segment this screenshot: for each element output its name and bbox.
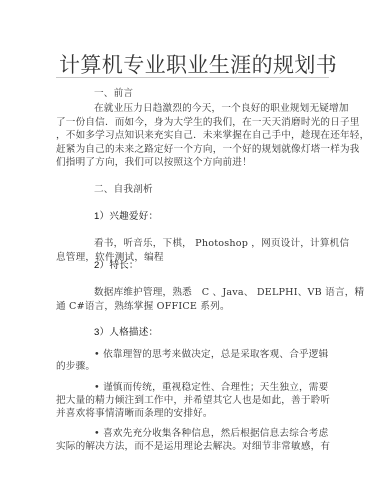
preface-line-3: ，不如多学习点知识来充实自己．未来掌握在自己手中，趁现在还年轻， bbox=[56, 129, 369, 142]
document-title: 计算机专业职业生涯的规划书 bbox=[59, 52, 337, 78]
preface-line-1: 在就业压力日趋激烈的今天，一个良好的职业规划无疑增加 bbox=[94, 102, 349, 115]
preface-line-4: 赶紧为自己的未来之路定好一个方向，一个好的规划就像灯塔一样为我 bbox=[56, 143, 360, 156]
section-heading-self-analysis: 二、自我剖析 bbox=[94, 183, 153, 196]
title-divider bbox=[56, 77, 329, 78]
preface-line-2: 了一份自信．而如今，身为大学生的我们，在一天天消磨时光的日子里 bbox=[56, 116, 360, 129]
personality-bullet-2-line-2: 把大量的精力倾注到工作中，并希望其它人也是如此，善于聆听 bbox=[56, 394, 330, 407]
subsection-heading-interests: 1）兴趣爱好： bbox=[94, 210, 158, 223]
subsection-heading-personality: 3）人格描述： bbox=[94, 326, 158, 339]
section-heading-preface: 一、前言 bbox=[94, 87, 133, 100]
personality-bullet-3-line-2: 实际的解决方法，而不是运用理论去解决。对细节非常敏感，有 bbox=[56, 440, 330, 453]
subsection-heading-strengths: 2）特长： bbox=[94, 259, 139, 272]
strengths-line-1: 数据库维护管理，熟悉 C 、Java、 DELPHI、VB 语言，精 bbox=[94, 286, 364, 299]
personality-bullet-1-line-1: • 依靠理智的思考来做决定，总是采取客观、合乎逻辑 bbox=[94, 348, 328, 361]
preface-line-5: 们指明了方向，我们可以按照这个方向前进！ bbox=[56, 156, 252, 169]
interests-line-1: 看书，听音乐，下棋， Photoshop ，网页设计，计算机信 bbox=[94, 237, 349, 250]
personality-bullet-1-line-2: 的步骤。 bbox=[56, 360, 95, 373]
personality-bullet-2-line-1: • 谨慎而传统，重视稳定性、合理性；天生独立，需要 bbox=[94, 381, 328, 394]
personality-bullet-2-line-3: 并喜欢将事情清晰而条理的安排好。 bbox=[56, 407, 213, 420]
personality-bullet-3-line-1: • 喜欢先充分收集各种信息，然后根据信息去综合考虑 bbox=[94, 427, 328, 440]
strengths-line-2: 通 C#语言，熟练掌握 OFFICE 系列。 bbox=[56, 300, 230, 313]
document-page: 计算机专业职业生涯的规划书 一、前言 在就业压力日趋激烈的今天，一个良好的职业规… bbox=[0, 0, 386, 500]
